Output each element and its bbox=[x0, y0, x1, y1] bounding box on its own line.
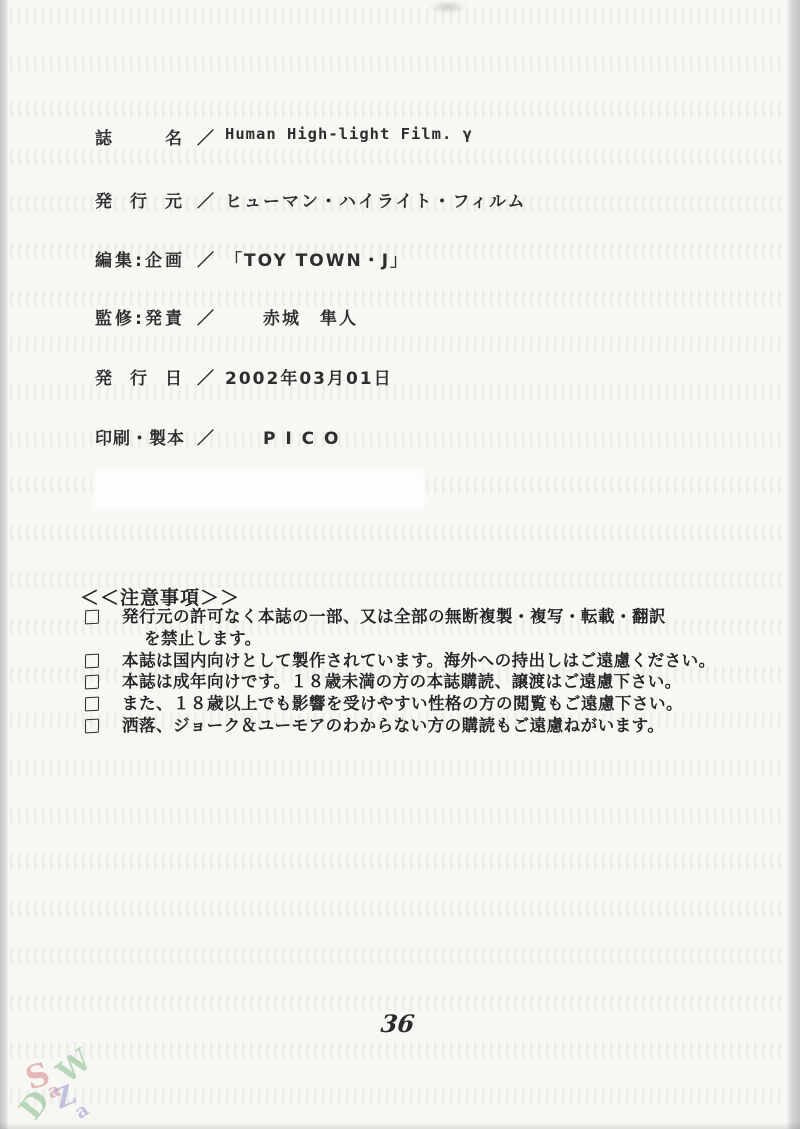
notice-text: を禁止します。 bbox=[144, 628, 262, 650]
notice-item: を禁止します。 bbox=[85, 628, 745, 650]
notice-text: 発行元の許可なく本誌の一部、又は全部の無断複製・複写・転載・翻訳 bbox=[122, 606, 666, 628]
colophon-label: 発行日 bbox=[95, 364, 183, 389]
colophon-label: 発行元 bbox=[95, 187, 183, 212]
colophon-row: 発行日／2002年03月01日 bbox=[95, 364, 393, 388]
tick-row bbox=[10, 807, 785, 823]
checkbox-icon bbox=[85, 719, 99, 734]
tick-row bbox=[10, 55, 785, 71]
page-number: 36 bbox=[379, 1009, 415, 1038]
notice-item: 本誌は成年向けです。１８歳未満の方の本誌購読、譲渡はご遠慮下さい。 bbox=[85, 671, 745, 693]
scan-edge-left bbox=[0, 0, 8, 1129]
scan-edge-right bbox=[787, 0, 800, 1129]
colophon-row: 監修:発責／ 赤城 隼人 bbox=[95, 304, 358, 328]
slash-separator: ／ bbox=[197, 424, 215, 449]
notice-text: 洒落、ジョーク＆ユーモアのわからない方の購読もご遠慮ねがいます。 bbox=[122, 715, 664, 737]
colophon-row: 印刷・製本／ P I C O bbox=[95, 424, 340, 448]
colophon-value: 「TOY TOWN・J」 bbox=[225, 246, 409, 271]
colophon-value: Human High-light Film. γ bbox=[225, 124, 473, 143]
slash-separator: ／ bbox=[197, 304, 215, 329]
tick-row bbox=[10, 337, 785, 353]
tick-row bbox=[10, 149, 785, 165]
colophon-row: 発行元／ヒューマン・ハイライト・フィルム bbox=[95, 187, 526, 211]
slash-separator: ／ bbox=[197, 124, 215, 149]
whiteout-band bbox=[97, 473, 422, 508]
tick-row bbox=[10, 102, 785, 118]
notice-text: 本誌は国内向けとして製作されています。海外への持出しはご遠慮ください。 bbox=[122, 650, 716, 672]
slash-separator: ／ bbox=[197, 187, 215, 212]
colophon-value: P I C O bbox=[225, 424, 340, 449]
notice-text: 本誌は成年向けです。１８歳未満の方の本誌購読、譲渡はご遠慮下さい。 bbox=[122, 671, 682, 693]
colophon-row: 編集:企画／「TOY TOWN・J」 bbox=[95, 246, 409, 270]
tick-row bbox=[10, 854, 785, 870]
scanlator-watermark: SaWDZa bbox=[0, 1040, 130, 1129]
notice-item: 発行元の許可なく本誌の一部、又は全部の無断複製・複写・転載・翻訳 bbox=[85, 606, 745, 628]
checkbox-icon bbox=[85, 697, 99, 712]
slash-separator: ／ bbox=[197, 246, 215, 271]
notice-item: 本誌は国内向けとして製作されています。海外への持出しはご遠慮ください。 bbox=[85, 650, 745, 672]
colophon-label: 印刷・製本 bbox=[95, 424, 183, 449]
colophon-label: 編集:企画 bbox=[95, 246, 183, 271]
colophon-label: 監修:発責 bbox=[95, 304, 183, 329]
colophon-value: 赤城 隼人 bbox=[225, 304, 358, 329]
checkbox-icon bbox=[85, 675, 99, 690]
scan-edge-bottom bbox=[0, 1122, 800, 1129]
notice-text: また、１８歳以上でも影響を受けやすい性格の方の閲覧もご遠慮下さい。 bbox=[122, 693, 683, 715]
colophon-label: 誌名 bbox=[95, 124, 183, 149]
notices-list: 発行元の許可なく本誌の一部、又は全部の無断複製・複写・転載・翻訳を禁止します。本… bbox=[85, 606, 745, 737]
scanned-colophon-page: 誌名／Human High-light Film. γ発行元／ヒューマン・ハイラ… bbox=[0, 0, 800, 1129]
slash-separator: ／ bbox=[197, 364, 215, 389]
tick-row bbox=[10, 8, 785, 24]
checkbox-icon bbox=[85, 653, 99, 668]
notice-item: 洒落、ジョーク＆ユーモアのわからない方の購読もご遠慮ねがいます。 bbox=[85, 715, 745, 737]
tick-row bbox=[10, 948, 785, 964]
notice-item: また、１８歳以上でも影響を受けやすい性格の方の閲覧もご遠慮下さい。 bbox=[85, 693, 745, 715]
tick-row bbox=[10, 525, 785, 541]
colophon-value: ヒューマン・ハイライト・フィルム bbox=[225, 187, 526, 212]
tick-row bbox=[10, 901, 785, 917]
scan-smudge bbox=[428, 0, 468, 14]
checkbox-icon bbox=[85, 610, 99, 625]
tick-row bbox=[10, 760, 785, 776]
colophon-value: 2002年03月01日 bbox=[225, 364, 393, 389]
colophon-row: 誌名／Human High-light Film. γ bbox=[95, 124, 473, 148]
watermark-letter: a bbox=[72, 1100, 93, 1123]
